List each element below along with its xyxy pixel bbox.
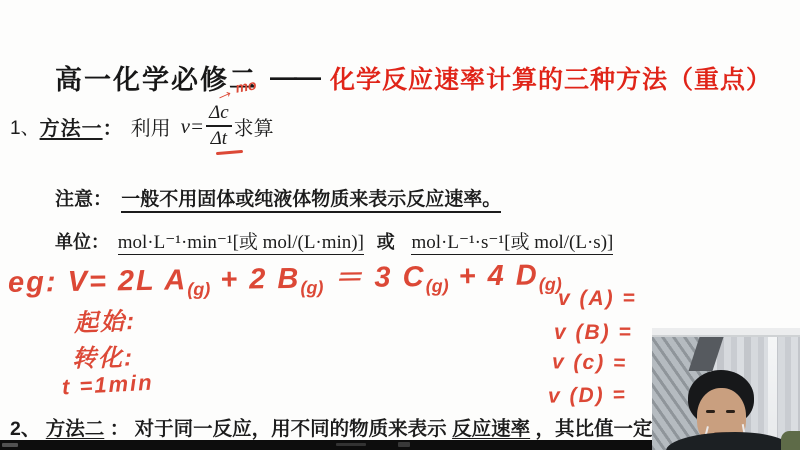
hw-row-converted: 转化: <box>72 337 135 373</box>
handwritten-annotation: → mo <box>214 82 257 105</box>
instructor-eye <box>726 410 735 413</box>
unit-value-2: mol·L⁻¹·s⁻¹[或 mol/(L·s)] <box>411 232 613 255</box>
method2-text-before: 对于同一反应，用不同的物质来表示 <box>135 418 447 440</box>
hw-rate-C: v (c) = <box>552 350 628 375</box>
title-topic: 化学反应速率计算的三种方法（重点） <box>330 60 772 96</box>
annotation-text: mo <box>234 76 257 95</box>
method2-label: 方法二 <box>46 418 105 440</box>
lecture-slide-screen: 高一化学必修二 —— 化学反应速率计算的三种方法（重点） 1、 方法一 ： 利用… <box>0 0 800 450</box>
rate-variable: v <box>181 114 190 139</box>
note-text: 一般不用固体或纯液体物质来表示反应速率。 <box>121 189 501 213</box>
unit-line: 单位： mol·L⁻¹·min⁻¹[或 mol/(L·min)] 或 mol·L… <box>55 227 613 254</box>
method2-colon: ： <box>110 418 130 440</box>
equals-sign: = <box>190 114 204 139</box>
instructor-eye <box>706 410 715 413</box>
unit-conjunction: 或 <box>377 232 395 252</box>
hw-equation: eg: V= 2L A(g) + 2 B(g) ＝ 3 C(g) + 4 D(g… <box>8 252 562 303</box>
green-object <box>781 431 800 450</box>
method2-index: 2、 <box>10 418 40 440</box>
hw-rate-A: v (A) = <box>558 287 637 311</box>
method1-colon: ： <box>103 112 123 141</box>
note-line: 注意： 一般不用固体或纯液体物质来表示反应速率。 <box>55 184 501 211</box>
method1-line: 1、 方法一 ： 利用 v = Δc Δt 求算 <box>10 100 274 152</box>
fraction-denominator: Δt <box>211 127 227 150</box>
hw-rate-D: v (D) = <box>548 383 627 408</box>
method1-intro: 利用 <box>131 112 171 141</box>
unit-label: 单位： <box>55 232 109 252</box>
instructor-webcam-video[interactable] <box>652 328 800 450</box>
method2-line: 2、 方法二 ： 对于同一反应，用不同的物质来表示 反应速率 ，其比值一定等于化… <box>10 413 731 441</box>
hw-rate-B: v (B) = <box>554 321 633 345</box>
method1-index: 1、 <box>10 113 40 140</box>
unit-value-1: mol·L⁻¹·min⁻¹[或 mol/(L·min)] <box>118 232 364 255</box>
bar-smudge <box>336 443 366 446</box>
method1-suffix: 求算 <box>234 112 274 141</box>
ceiling-band <box>652 328 800 337</box>
page-title: 高一化学必修二 —— 化学反应速率计算的三种方法（重点） <box>55 58 772 97</box>
bar-smudge <box>398 442 410 447</box>
note-label: 注意： <box>55 189 112 210</box>
hw-row-initial: 起始: <box>73 301 136 338</box>
bar-smudge <box>2 443 18 447</box>
rate-fraction: Δc Δt <box>206 102 232 150</box>
hw-row-time: t =1min <box>61 370 154 401</box>
method2-underlined-term: 反应速率 <box>452 418 530 440</box>
method1-label: 方法一 <box>40 112 103 141</box>
window-light-strip <box>768 336 777 450</box>
title-dash: —— <box>270 62 318 93</box>
